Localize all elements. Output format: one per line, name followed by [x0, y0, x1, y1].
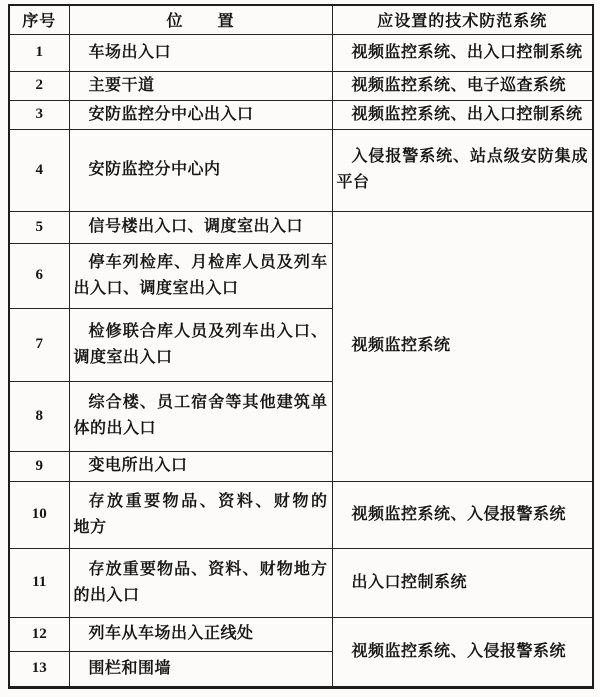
cell-serial: 4: [9, 129, 69, 211]
cell-serial: 6: [9, 243, 69, 308]
cell-systems: 视频监控系统、出入口控制系统: [332, 34, 593, 71]
cell-serial: 5: [9, 211, 69, 243]
text-line: 信号楼出入口、调度室出入口: [74, 214, 328, 240]
cell-serial: 11: [9, 548, 69, 617]
cell-location: 存放重要物品、资料、财物地方 的出入口: [69, 548, 332, 617]
cell-systems-merged-12-13: 视频监控系统、入侵报警系统: [332, 617, 593, 687]
cell-location: 车场出入口: [69, 34, 332, 71]
cell-serial: 7: [9, 308, 69, 381]
text-line: 视频监控系统、入侵报警系统: [337, 639, 589, 665]
header-location: 位 置: [69, 5, 332, 34]
cell-location: 主要干道: [69, 71, 332, 100]
text-line: 车场出入口: [74, 40, 328, 66]
text-line: 平台: [337, 170, 589, 196]
text-line: 安防监控分中心出入口: [74, 102, 328, 128]
cell-serial: 3: [9, 100, 69, 129]
text-line: 视频监控系统: [337, 333, 589, 359]
scanned-document-page: 序号 位 置 应设置的技术防范系统 1 车场出入口 视频监控系统、出入口控制系统…: [0, 0, 600, 697]
cell-systems-merged-5-9: 视频监控系统: [332, 211, 593, 481]
text-line: 的出入口: [74, 583, 328, 609]
text-line: 安防监控分中心内: [74, 157, 328, 183]
text-line: 检修联合库人员及列车出入口、: [74, 319, 328, 345]
header-serial-number: 序号: [9, 5, 69, 34]
cell-serial: 13: [9, 651, 69, 687]
cell-serial: 9: [9, 451, 69, 481]
table-row: 10 存放重要物品、资料、财物的 地方 视频监控系统、入侵报警系统: [9, 481, 593, 548]
table-row: 11 存放重要物品、资料、财物地方 的出入口 出入口控制系统: [9, 548, 593, 617]
text-line: 视频监控系统、出入口控制系统: [337, 102, 589, 128]
text-line: 围栏和围墙: [74, 656, 328, 682]
text-line: 出入口、调度室出入口: [74, 276, 328, 302]
cell-location: 安防监控分中心内: [69, 129, 332, 211]
text-line: 存放重要物品、资料、财物地方: [74, 557, 328, 583]
table-row: 2 主要干道 视频监控系统、电子巡查系统: [9, 71, 593, 100]
text-line: 体的出入口: [74, 416, 328, 442]
cell-systems: 入侵报警系统、站点级安防集成 平台: [332, 129, 593, 211]
table-row: 3 安防监控分中心出入口 视频监控系统、出入口控制系统: [9, 100, 593, 129]
cell-systems: 视频监控系统、出入口控制系统: [332, 100, 593, 129]
cell-location: 检修联合库人员及列车出入口、 调度室出入口: [69, 308, 332, 381]
cell-location: 信号楼出入口、调度室出入口: [69, 211, 332, 243]
cell-serial: 12: [9, 617, 69, 651]
text-line: 列车从车场出入正线处: [74, 621, 328, 647]
cell-systems: 视频监控系统、入侵报警系统: [332, 481, 593, 548]
text-line: 地方: [74, 515, 328, 541]
cell-location: 变电所出入口: [69, 451, 332, 481]
cell-systems: 视频监控系统、电子巡查系统: [332, 71, 593, 100]
table-row: 4 安防监控分中心内 入侵报警系统、站点级安防集成 平台: [9, 129, 593, 211]
header-row: 序号 位 置 应设置的技术防范系统: [9, 5, 593, 34]
text-line: 主要干道: [74, 73, 328, 99]
text-line: 综合楼、员工宿舍等其他建筑单: [74, 390, 328, 416]
text-line: 调度室出入口: [74, 345, 328, 371]
text-line: 视频监控系统、电子巡查系统: [337, 73, 589, 99]
cell-serial: 2: [9, 71, 69, 100]
cell-location: 安防监控分中心出入口: [69, 100, 332, 129]
cell-location: 存放重要物品、资料、财物的 地方: [69, 481, 332, 548]
text-line: 视频监控系统、出入口控制系统: [337, 40, 589, 66]
header-systems: 应设置的技术防范系统: [332, 5, 593, 34]
cell-location: 停车列检库、月检库人员及列车 出入口、调度室出入口: [69, 243, 332, 308]
table-row: 5 信号楼出入口、调度室出入口 视频监控系统: [9, 211, 593, 243]
text-line: 入侵报警系统、站点级安防集成: [337, 144, 589, 170]
cell-location: 列车从车场出入正线处: [69, 617, 332, 651]
cell-location: 综合楼、员工宿舍等其他建筑单 体的出入口: [69, 381, 332, 451]
cell-serial: 8: [9, 381, 69, 451]
text-line: 出入口控制系统: [337, 570, 589, 596]
text-line: 变电所出入口: [74, 453, 328, 479]
cell-systems: 出入口控制系统: [332, 548, 593, 617]
security-systems-table: 序号 位 置 应设置的技术防范系统 1 车场出入口 视频监控系统、出入口控制系统…: [8, 4, 594, 689]
table-row: 1 车场出入口 视频监控系统、出入口控制系统: [9, 34, 593, 71]
cell-serial: 1: [9, 34, 69, 71]
table-row: 12 列车从车场出入正线处 视频监控系统、入侵报警系统: [9, 617, 593, 651]
cell-location: 围栏和围墙: [69, 651, 332, 687]
text-line: 停车列检库、月检库人员及列车: [74, 250, 328, 276]
text-line: 视频监控系统、入侵报警系统: [337, 502, 589, 528]
text-line: 存放重要物品、资料、财物的: [74, 489, 328, 515]
cell-serial: 10: [9, 481, 69, 548]
